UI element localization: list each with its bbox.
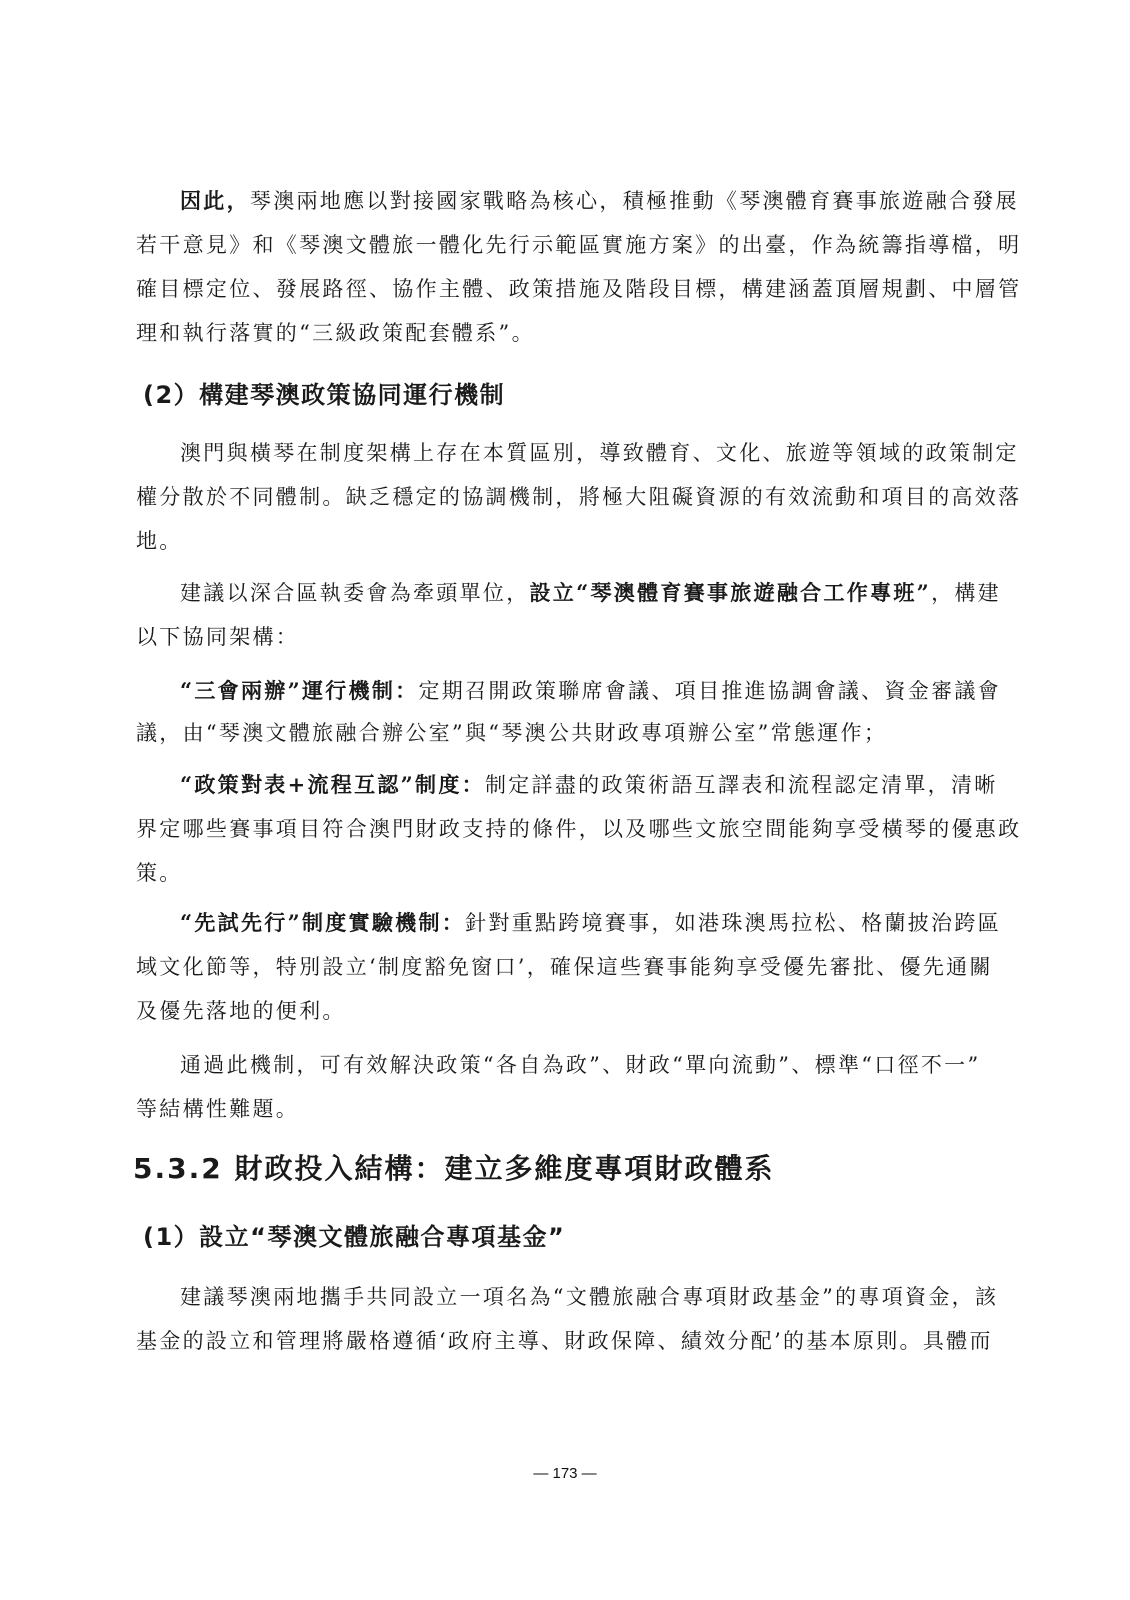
paragraph-line: 基金的設立和管理將嚴格遵循‘政府主導、財政保障、績效分配’的基本原則。具體而 — [136, 1326, 996, 1356]
bold-term: “先試先行”制度實驗機制： — [180, 910, 465, 935]
paragraph-line: 策。 — [136, 858, 996, 888]
paragraph-line: 建議以深合區執委會為牽頭單位，設立“琴澳體育賽事旅遊融合工作專班”，構建 — [136, 578, 1040, 608]
paragraph-line: 若干意見》和《琴澳文體旅一體化先行示範區實施方案》的出臺，作為統籌指導檔，明 — [136, 230, 996, 260]
page-number: — 173 — — [0, 1465, 1130, 1482]
paragraph-line: 因此，琴澳兩地應以對接國家戰略為核心，積極推動《琴澳體育賽事旅遊融合發展 — [136, 186, 1040, 216]
paragraph-line: “政策對表+流程互認”制度：制定詳盡的政策術語互譯表和流程認定清單，清晰 — [136, 770, 1040, 800]
paragraph-line: 及優先落地的便利。 — [136, 996, 996, 1026]
bold-term: “政策對表+流程互認”制度： — [180, 772, 485, 797]
paragraph-line: 界定哪些賽事項目符合澳門財政支持的條件，以及哪些文旅空間能夠享受橫琴的優惠政 — [136, 814, 996, 844]
paragraph-line: 通過此機制，可有效解決政策“各自為政”、財政“單向流動”、標準“口徑不一” — [136, 1050, 1040, 1080]
section-heading: (2）構建琴澳政策協同運行機制 — [143, 378, 505, 412]
paragraph-line: 建議琴澳兩地攜手共同設立一項名為“文體旅融合專項財政基金”的專項資金，該 — [136, 1282, 1040, 1312]
paragraph-line: 等結構性難題。 — [136, 1094, 996, 1124]
bold-term: “三會兩辦”運行機制： — [180, 678, 418, 703]
section-heading: (1）設立“琴澳文體旅融合專項基金” — [143, 1220, 565, 1254]
bold-phrase: 設立“琴澳體育賽事旅遊融合工作專班” — [530, 580, 932, 605]
paragraph-line: 地。 — [136, 526, 996, 556]
paragraph-line: 權分散於不同體制。缺乏穩定的協調機制，將極大阻礙資源的有效流動和項目的高效落 — [136, 482, 996, 512]
document-page: 因此，琴澳兩地應以對接國家戰略為核心，積極推動《琴澳體育賽事旅遊融合發展 若干意… — [0, 0, 1130, 1600]
paragraph-line: 議，由“琴澳文體旅融合辦公室”與“琴澳公共財政專項辦公室”常態運作； — [136, 718, 996, 748]
paragraph-line: 澳門與橫琴在制度架構上存在本質區別，導致體育、文化、旅遊等領域的政策制定 — [136, 438, 1040, 468]
chapter-heading: 5.3.2 財政投入結構：建立多維度專項財政體系 — [133, 1150, 774, 1188]
paragraph-line: 理和執行落實的“三級政策配套體系”。 — [136, 318, 996, 348]
paragraph-line: 確目標定位、發展路徑、協作主體、政策措施及階段目標，構建涵蓋頂層規劃、中層管 — [136, 274, 996, 304]
paragraph-line: 域文化節等，特別設立‘制度豁免窗口’，確保這些賽事能夠享受優先審批、優先通關 — [136, 952, 996, 982]
paragraph-line: “先試先行”制度實驗機制：針對重點跨境賽事，如港珠澳馬拉松、格蘭披治跨區 — [136, 908, 1040, 938]
paragraph-line: 以下協同架構： — [136, 622, 996, 652]
paragraph-line: “三會兩辦”運行機制：定期召開政策聯席會議、項目推進協調會議、資金審議會 — [136, 676, 1040, 706]
bold-lead: 因此， — [180, 188, 250, 213]
